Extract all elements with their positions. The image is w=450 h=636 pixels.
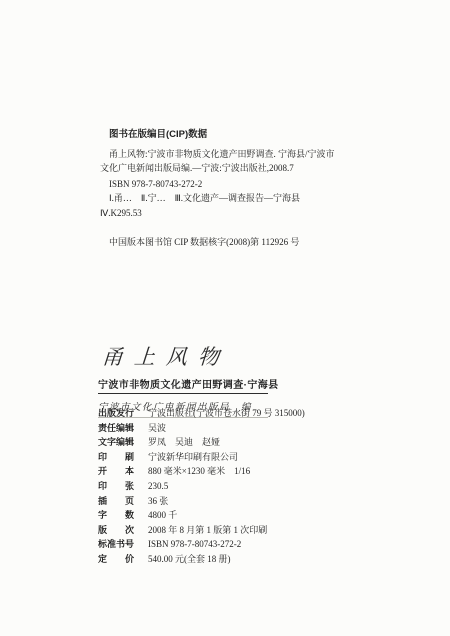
colophon-label: 插 页 bbox=[98, 494, 136, 509]
colophon-label: 文字编辑 bbox=[98, 435, 136, 450]
cip-isbn-line: ISBN 978-7-80743-272-2 bbox=[109, 177, 365, 192]
colophon-value: ISBN 978-7-80743-272-2 bbox=[148, 537, 241, 552]
colophon-row-sheets: 印 张 230.5 bbox=[98, 479, 398, 494]
colophon-row-text-editors: 文字编辑 罗凤 吴迪 赵娅 bbox=[98, 435, 398, 450]
colophon-label: 出版发行 bbox=[98, 406, 136, 421]
colophon-row-publisher: 出版发行 宁波出版社(宁波市苍水街 79 号 315000) bbox=[98, 406, 398, 421]
cip-record-number: 中国版本图书馆 CIP 数据核字(2008)第 112926 号 bbox=[109, 235, 365, 250]
colophon-value: 230.5 bbox=[148, 479, 168, 494]
colophon-label: 定 价 bbox=[98, 552, 136, 567]
colophon-value: 吴波 bbox=[148, 421, 166, 436]
colophon-row-word-count: 字 数 4800 千 bbox=[98, 508, 398, 523]
cip-class-number-line: Ⅳ.K295.53 bbox=[100, 206, 365, 221]
cip-entry-line-1: 甬上风物:宁波市非物质文化遗产田野调查. 宁海县/宁波市 bbox=[109, 147, 365, 162]
book-subtitle: 宁波市非物质文化遗产田野调查·宁海县 bbox=[98, 376, 358, 391]
cip-data-block: 图书在版编目(CIP)数据 甬上风物:宁波市非物质文化遗产田野调查. 宁海县/宁… bbox=[100, 128, 365, 250]
colophon-label: 开 本 bbox=[98, 464, 136, 479]
colophon-value: 880 毫米×1230 毫米 1/16 bbox=[148, 464, 250, 479]
cip-classification-line: Ⅰ.甬… Ⅱ.宁… Ⅲ.文化遗产—调查报告—宁海县 bbox=[109, 191, 365, 206]
colophon-label: 印 刷 bbox=[98, 450, 136, 465]
colophon-row-price: 定 价 540.00 元(全套 18 册) bbox=[98, 552, 398, 567]
colophon-label: 责任编辑 bbox=[98, 421, 136, 436]
colophon-value: 2008 年 8 月第 1 版第 1 次印刷 bbox=[148, 523, 267, 538]
colophon-label: 印 张 bbox=[98, 479, 136, 494]
colophon-row-responsible-editor: 责任编辑 吴波 bbox=[98, 421, 398, 436]
cip-heading: 图书在版编目(CIP)数据 bbox=[109, 128, 365, 143]
cip-entry-line-2: 文化广电新闻出版局编.—宁波:宁波出版社,2008.7 bbox=[100, 161, 365, 176]
colophon-label: 字 数 bbox=[98, 508, 136, 523]
colophon-table: 出版发行 宁波出版社(宁波市苍水街 79 号 315000) 责任编辑 吴波 文… bbox=[98, 406, 398, 567]
colophon-row-printer: 印 刷 宁波新华印刷有限公司 bbox=[98, 450, 398, 465]
colophon-row-standard-isbn: 标准书号 ISBN 978-7-80743-272-2 bbox=[98, 537, 398, 552]
colophon-row-format: 开 本 880 毫米×1230 毫米 1/16 bbox=[98, 464, 398, 479]
colophon-value: 4800 千 bbox=[148, 508, 177, 523]
colophon-row-inserts: 插 页 36 张 bbox=[98, 494, 398, 509]
colophon-label: 版 次 bbox=[98, 523, 136, 538]
colophon-value: 宁波新华印刷有限公司 bbox=[148, 450, 238, 465]
subtitle-divider-rule bbox=[98, 393, 268, 394]
colophon-value: 36 张 bbox=[148, 494, 168, 509]
colophon-value: 罗凤 吴迪 赵娅 bbox=[148, 435, 220, 450]
calligraphy-book-title: 甬上风物 bbox=[101, 341, 359, 371]
colophon-label: 标准书号 bbox=[98, 537, 136, 552]
book-copyright-page: 图书在版编目(CIP)数据 甬上风物:宁波市非物质文化遗产田野调查. 宁海县/宁… bbox=[0, 0, 450, 636]
colophon-value: 540.00 元(全套 18 册) bbox=[148, 552, 231, 567]
colophon-value: 宁波出版社(宁波市苍水街 79 号 315000) bbox=[148, 406, 305, 421]
colophon-row-edition: 版 次 2008 年 8 月第 1 版第 1 次印刷 bbox=[98, 523, 398, 538]
